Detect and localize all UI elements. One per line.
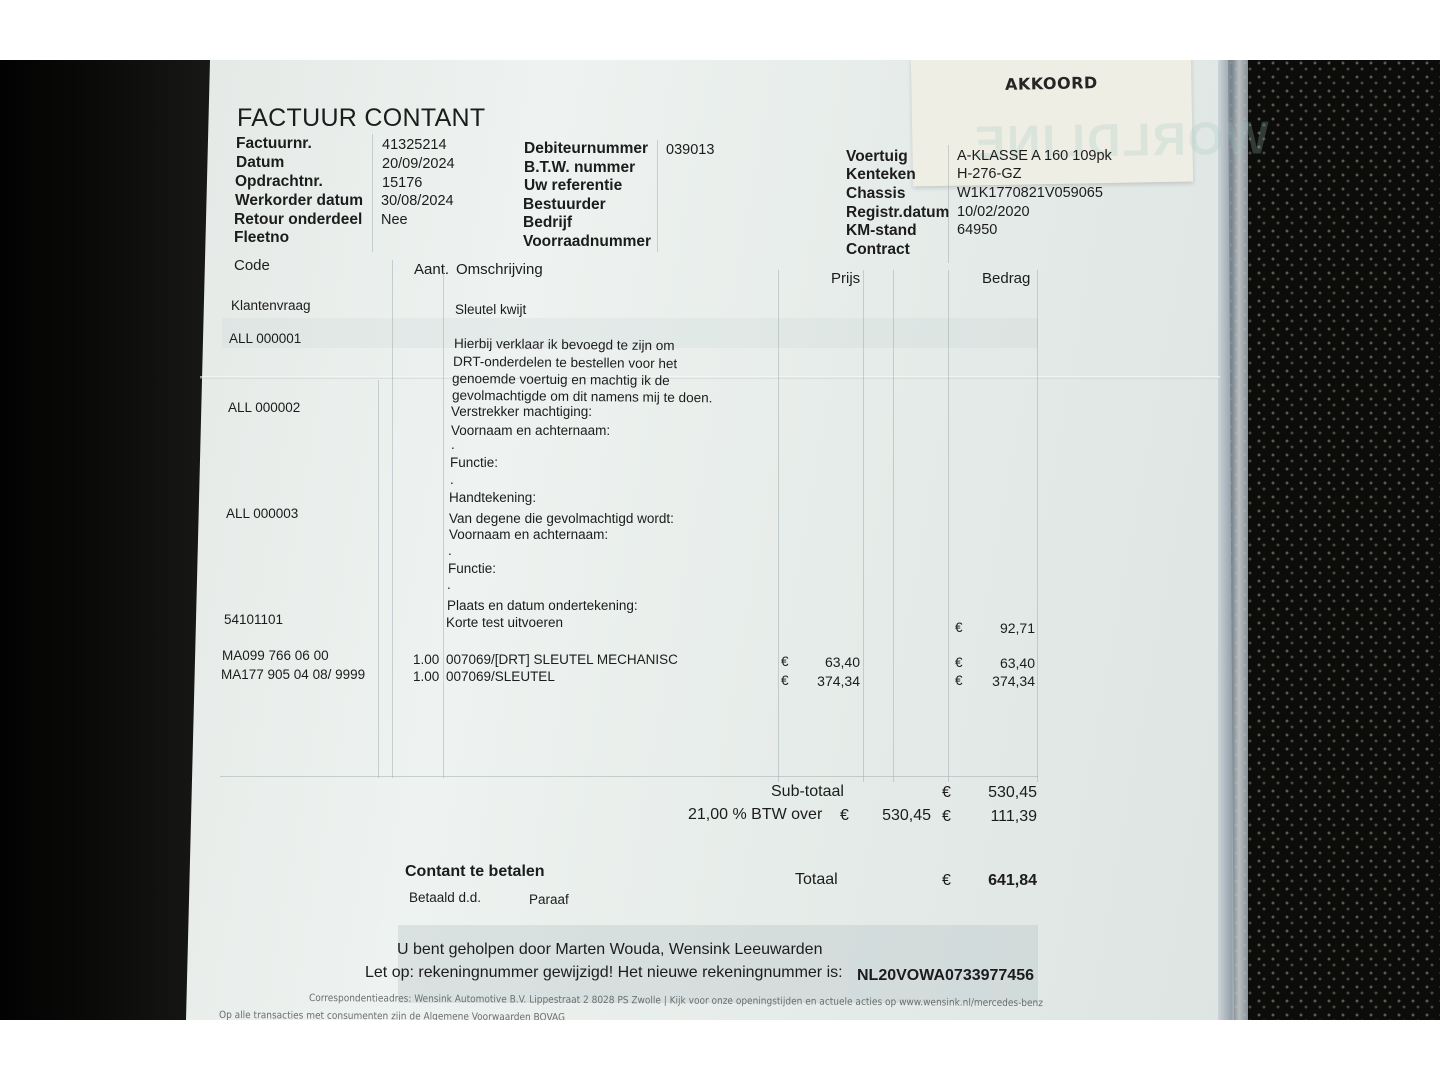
value-registr-datum: 10/02/2020: [957, 205, 1030, 220]
vat-base: 530,45: [860, 808, 931, 824]
col-divider: [1037, 270, 1038, 782]
row-description: Van degene die gevolmachtigd wordt:: [449, 512, 674, 526]
row-description: Sleutel kwijt: [455, 303, 526, 317]
row-description: Functie:: [448, 562, 496, 576]
total-value: 641,84: [960, 873, 1037, 889]
row-description: DRT-onderdelen te bestellen voor het: [453, 355, 677, 371]
account-number: NL20VOWA0733977456: [857, 968, 1034, 984]
label-factuurnr: Factuurnr.: [236, 136, 312, 152]
row-description: Verstrekker machtiging:: [451, 405, 592, 419]
value-voertuig: A-KLASSE A 160 109pk: [957, 149, 1112, 164]
col-bedrag: Bedrag: [982, 271, 1030, 286]
currency-symbol: €: [942, 873, 951, 889]
label-datum: Datum: [236, 155, 284, 171]
col-code: Code: [234, 258, 270, 273]
payment-label: Contant te betalen: [405, 864, 545, 880]
initials-label: Paraaf: [529, 893, 569, 907]
paper-edge: [1218, 60, 1248, 1020]
divider: [372, 134, 373, 252]
value-werkorder-datum: 30/08/2024: [381, 194, 454, 209]
row-code: 54101101: [224, 613, 283, 627]
value-debiteurnummer: 039013: [666, 143, 714, 158]
row-price: 374,34: [790, 674, 860, 688]
receipt-status: AKKOORD: [911, 72, 1191, 96]
row-amount: 92,71: [965, 621, 1035, 635]
label-werkorder-datum: Werkorder datum: [235, 193, 363, 209]
currency-symbol: €: [781, 655, 789, 669]
label-km-stand: KM-stand: [846, 223, 917, 239]
divider: [948, 145, 949, 263]
label-kenteken: Kenteken: [846, 167, 916, 183]
vat-amount: 111,39: [960, 809, 1037, 825]
currency-symbol: €: [955, 674, 963, 688]
row-code: MA177 905 04 08/ 9999: [221, 668, 365, 682]
label-registr-datum: Registr.datum: [846, 205, 949, 221]
label-debiteurnummer: Debiteurnummer: [524, 141, 648, 157]
row-code: ALL 000003: [226, 507, 298, 521]
col-divider: [378, 380, 379, 778]
row-code: Klantenvraag: [231, 299, 311, 313]
seat-fabric: [1228, 60, 1440, 1020]
row-code: ALL 000001: [229, 332, 301, 346]
col-divider: [948, 270, 949, 782]
row-description: Hierbij verklaar ik bevoegd te zijn om: [454, 337, 675, 353]
subtotal-value: 530,45: [960, 785, 1037, 801]
col-divider: [863, 270, 864, 782]
row-description: Voornaam en achternaam:: [451, 424, 610, 438]
value-datum: 20/09/2024: [382, 157, 455, 172]
helped-by: U bent geholpen door Marten Wouda, Wensi…: [397, 942, 822, 958]
row-description: gevolmachtigde om dit namens mij te doen…: [452, 389, 713, 405]
currency-symbol: €: [840, 808, 849, 824]
value-factuurnr: 41325214: [382, 138, 447, 153]
label-btw-nummer: B.T.W. nummer: [524, 160, 635, 176]
photo-background: AKKOORD WORLDLINE FACTUUR CONTANT Factuu…: [0, 60, 1440, 1020]
invoice-title: FACTUUR CONTANT: [237, 106, 485, 131]
payment-receipt: AKKOORD WORLDLINE: [911, 60, 1193, 186]
currency-symbol: €: [781, 674, 789, 688]
divider: [657, 140, 658, 252]
value-kenteken: H-276-GZ: [957, 167, 1021, 182]
terms-text: Op alle transacties met consumenten zijn…: [219, 1011, 565, 1020]
row-description: .: [447, 578, 451, 592]
label-voertuig: Voertuig: [846, 149, 908, 165]
total-label: Totaal: [795, 872, 838, 888]
currency-symbol: €: [942, 809, 951, 825]
paper-fold: [200, 376, 1220, 379]
row-qty: 1.00: [413, 653, 439, 667]
col-divider: [443, 265, 444, 778]
label-contract: Contract: [846, 242, 910, 258]
subtotal-label: Sub-totaal: [771, 784, 844, 800]
currency-symbol: €: [955, 656, 963, 670]
col-divider: [778, 270, 779, 782]
row-price: 63,40: [790, 655, 860, 669]
label-fleetno: Fleetno: [234, 230, 289, 246]
label-bedrijf: Bedrijf: [523, 215, 572, 231]
col-divider: [392, 260, 393, 778]
row-description: genoemde voertuig en machtig ik de: [452, 372, 670, 388]
currency-symbol: €: [942, 785, 951, 801]
vat-label: 21,00 % BTW over: [688, 807, 822, 823]
row-amount: 374,34: [965, 674, 1035, 688]
row-description: Voornaam en achternaam:: [449, 528, 608, 542]
value-retour-onderdeel: Nee: [381, 213, 408, 228]
row-description: Handtekening:: [449, 491, 536, 505]
label-bestuurder: Bestuurder: [523, 197, 606, 213]
paid-on-label: Betaald d.d.: [409, 891, 481, 905]
row-description: .: [451, 438, 455, 452]
row-code: MA099 766 06 00: [222, 649, 329, 663]
row-description: Korte test uitvoeren: [446, 616, 563, 630]
row-code: ALL 000002: [228, 401, 300, 415]
label-voorraadnummer: Voorraadnummer: [523, 234, 651, 250]
col-omschrijving: Omschrijving: [456, 262, 543, 277]
value-chassis: W1K1770821V059065: [957, 186, 1103, 201]
label-opdrachtnr: Opdrachtnr.: [235, 174, 323, 190]
value-opdrachtnr: 15176: [382, 176, 422, 191]
row-description: .: [448, 544, 452, 558]
account-notice: Let op: rekeningnummer gewijzigd! Het ni…: [365, 965, 843, 981]
row-description: Functie:: [450, 456, 498, 470]
currency-symbol: €: [955, 621, 963, 635]
label-retour-onderdeel: Retour onderdeel: [234, 212, 362, 228]
col-divider: [893, 270, 894, 782]
row-amount: 63,40: [965, 656, 1035, 670]
row-description: 007069/[DRT] SLEUTEL MECHANISC: [446, 653, 678, 667]
table-bottom-line: [220, 776, 1038, 777]
label-chassis: Chassis: [846, 186, 905, 202]
row-description: Plaats en datum ondertekening:: [447, 599, 638, 613]
row-description: 007069/SLEUTEL: [446, 670, 555, 684]
col-prijs: Prijs: [831, 271, 860, 286]
row-description: .: [450, 473, 454, 487]
row-qty: 1.00: [413, 670, 439, 684]
label-uw-referentie: Uw referentie: [524, 178, 622, 194]
value-km-stand: 64950: [957, 223, 997, 238]
